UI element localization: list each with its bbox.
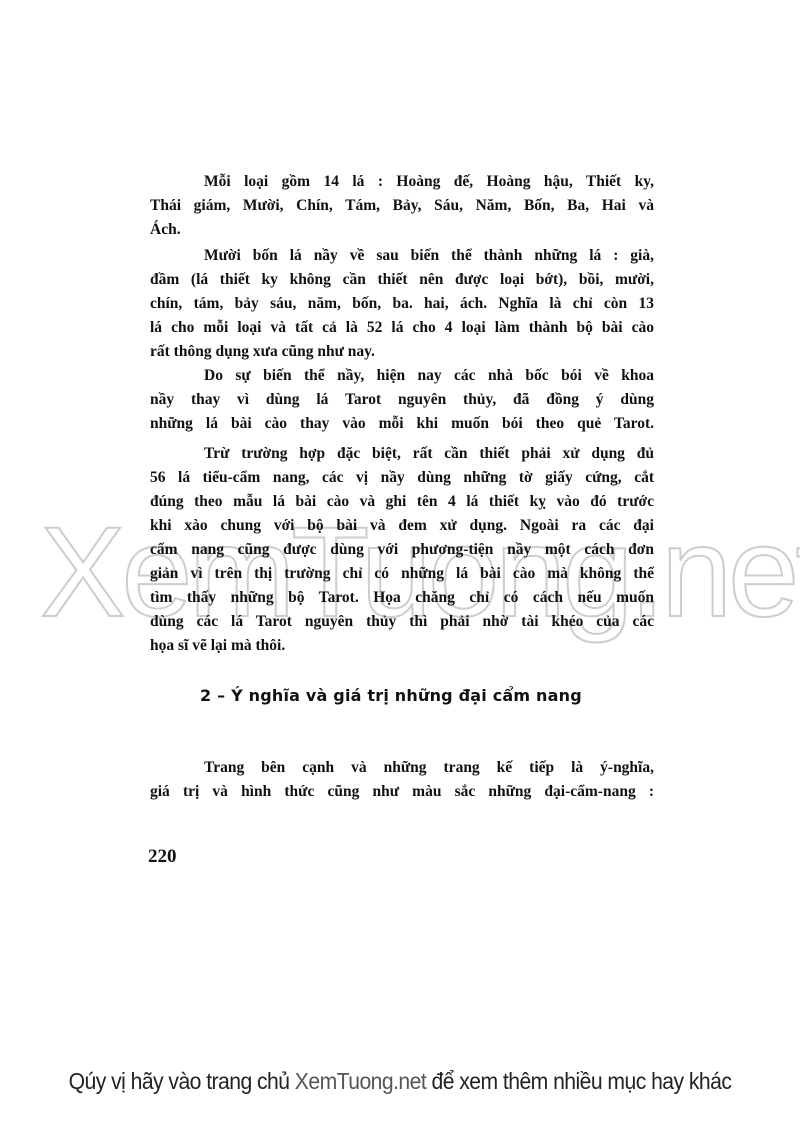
text-line: Trang bên cạnh và những trang kế tiếp là… — [150, 756, 654, 780]
text-line: những lá bài cào thay vào mỗi khi muốn b… — [150, 412, 654, 436]
footer-site-link[interactable]: XemTuong.net — [295, 1068, 426, 1094]
text-line: rất thông dụng xưa cũng như nay. — [150, 340, 654, 364]
section-heading: 2 – Ý nghĩa và giá trị những đại cẩm nan… — [200, 686, 582, 705]
text-line: lá cho mỗi loại và tất cả là 52 lá cho 4… — [150, 316, 654, 340]
paragraph-3: Do sự biến thể nầy, hiện nay các nhà bốc… — [150, 364, 654, 436]
text-line: Mười bốn lá nầy về sau biến thể thành nh… — [150, 244, 654, 268]
closing-paragraph: Trang bên cạnh và những trang kế tiếp là… — [150, 756, 654, 804]
text-line: Mỗi loại gồm 14 lá : Hoàng đế, Hoàng hậu… — [150, 170, 654, 194]
text-line: Thái giám, Mười, Chín, Tám, Bảy, Sáu, Nă… — [150, 194, 654, 218]
text-line: nầy thay vì dùng lá Tarot nguyên thủy, đ… — [150, 388, 654, 412]
text-line: 56 lá tiểu-cẩm nang, các vị nầy dùng nhữ… — [150, 466, 654, 490]
page-number: 220 — [148, 846, 177, 868]
footer-text-before: Qúy vị hãy vào trang chủ — [69, 1068, 295, 1094]
paragraph-4: Trừ trường hợp đặc biệt, rất cần thiết p… — [150, 442, 654, 658]
text-line: Do sự biến thể nầy, hiện nay các nhà bốc… — [150, 364, 654, 388]
paragraph-1: Mỗi loại gồm 14 lá : Hoàng đế, Hoàng hậu… — [150, 170, 654, 242]
text-line: giản vì trên thị trường chỉ có những lá … — [150, 562, 654, 586]
scanned-book-page: XemTuong.net Mỗi loại gồm 14 lá : Hoàng … — [0, 0, 800, 1132]
text-line: cẩm nang cũng được dùng với phương-tiện … — [150, 538, 654, 562]
text-line: chín, tám, bảy sáu, năm, bốn, ba. hai, á… — [150, 292, 654, 316]
text-line: đúng theo mẫu lá bài cào và ghi tên 4 lá… — [150, 490, 654, 514]
footer-promo: Qúy vị hãy vào trang chủ XemTuong.net để… — [32, 1068, 768, 1095]
text-line: dùng các lá Tarot nguyên thủy thì phải n… — [150, 610, 654, 634]
footer-text-after: để xem thêm nhiều mục hay khác — [426, 1068, 731, 1094]
text-line: Trừ trường hợp đặc biệt, rất cần thiết p… — [150, 442, 654, 466]
text-line: Ách. — [150, 218, 654, 242]
text-line: họa sĩ vẽ lại mà thôi. — [150, 634, 654, 658]
text-line: giá trị và hình thức cũng như màu sắc nh… — [150, 780, 654, 804]
text-line: khi xào chung với bộ bài và đem xử dụng.… — [150, 514, 654, 538]
paragraph-2: Mười bốn lá nầy về sau biến thể thành nh… — [150, 244, 654, 364]
text-line: đầm (lá thiết ky không cần thiết nên đượ… — [150, 268, 654, 292]
text-line: tìm thấy những bộ Tarot. Họa chăng chỉ c… — [150, 586, 654, 610]
